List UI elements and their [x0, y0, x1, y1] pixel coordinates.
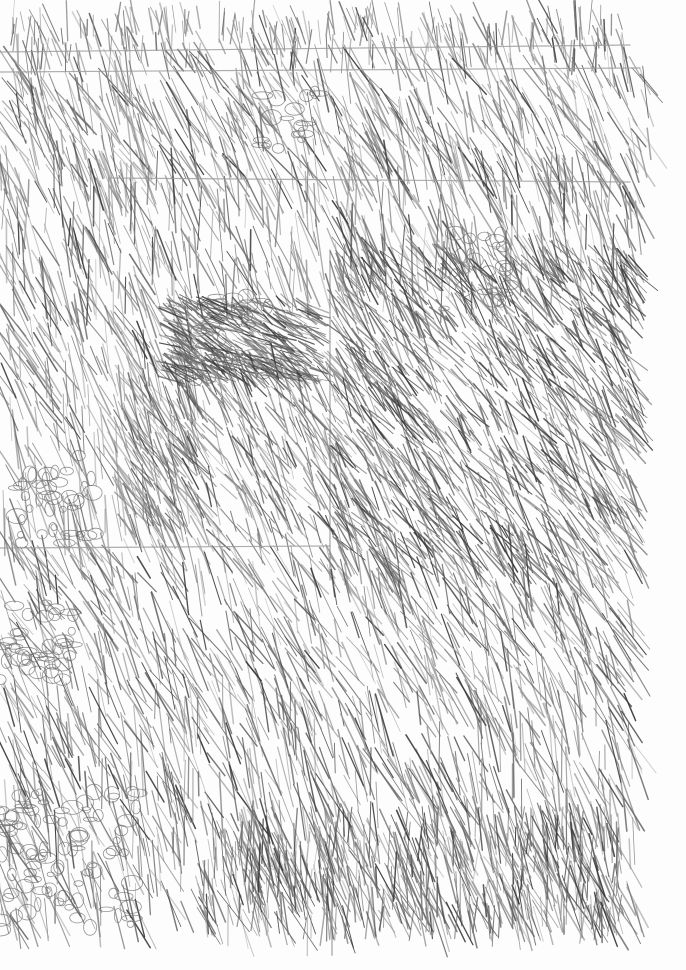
pencil-sketch-artwork: [0, 0, 686, 970]
sketch-canvas: [0, 0, 686, 970]
